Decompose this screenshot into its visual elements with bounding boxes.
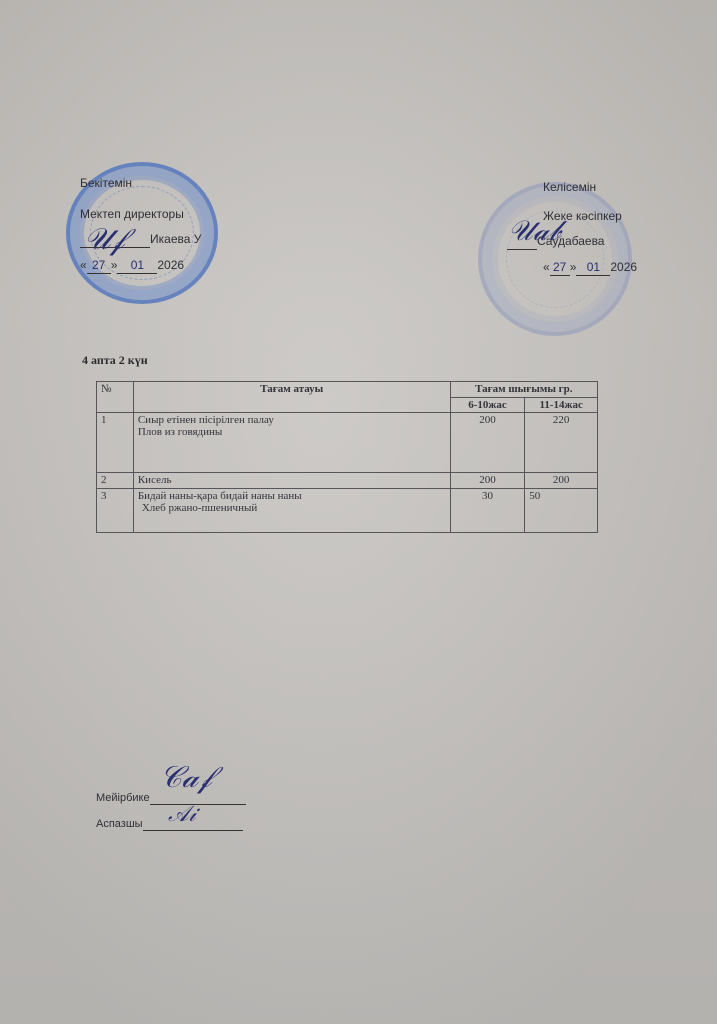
cook-signature: 𝒜𝒾 xyxy=(168,802,196,827)
date-day: 27 xyxy=(550,260,570,276)
day-title: 4 апта 2 күн xyxy=(82,353,148,368)
approval-position: Мектеп директоры xyxy=(80,207,201,222)
header-number: № xyxy=(97,382,134,413)
nurse-label: Мейірбике xyxy=(96,792,150,804)
header-age-11-14: 11-14жас xyxy=(525,398,598,413)
entrepreneur-signature: 𝒰𝒶𝒷 xyxy=(508,214,561,248)
row-number: 2 xyxy=(97,473,134,489)
approval-date: «27»012026 xyxy=(543,260,637,276)
row-dish: Кисель xyxy=(133,473,450,489)
date-month: 01 xyxy=(576,260,610,276)
date-year: 2026 xyxy=(157,258,184,272)
row-yield-11-14: 200 xyxy=(525,473,598,489)
menu-table: № Тағам атауы Тағам шығымы гр. 6-10жас 1… xyxy=(96,381,598,533)
row-dish: Бидай наны-қара бидай наны наныХлеб ржан… xyxy=(133,489,450,533)
header-yield: Тағам шығымы гр. xyxy=(450,382,597,398)
row-yield-6-10: 200 xyxy=(450,473,525,489)
approval-heading: Келісемін xyxy=(543,180,637,195)
row-yield-6-10: 200 xyxy=(450,413,525,473)
director-signature: 𝒰𝒻 xyxy=(84,222,124,257)
header-age-6-10: 6-10жас xyxy=(450,398,525,413)
row-yield-6-10: 30 xyxy=(450,489,525,533)
nurse-signature: 𝒞𝒶𝒻 xyxy=(160,760,212,795)
cook-label: Аспазшы xyxy=(96,818,143,830)
approval-heading: Бекітемін xyxy=(80,176,201,191)
approval-date: «27»012026 xyxy=(80,258,201,274)
row-yield-11-14: 220 xyxy=(525,413,598,473)
table-row: 2 Кисель 200 200 xyxy=(97,473,598,489)
date-year: 2026 xyxy=(610,260,637,274)
table-row: 1 Сиыр етінен пісірілген палауПлов из го… xyxy=(97,413,598,473)
row-number: 3 xyxy=(97,489,134,533)
table-row: 3 Бидай наны-қара бидай наны наныХлеб рж… xyxy=(97,489,598,533)
approver-name: Икаева У xyxy=(150,232,201,246)
row-yield-11-14: 50 xyxy=(525,489,598,533)
date-day: 27 xyxy=(87,258,111,274)
row-dish: Сиыр етінен пісірілген палауПлов из говя… xyxy=(133,413,450,473)
row-number: 1 xyxy=(97,413,134,473)
date-month: 01 xyxy=(117,258,157,274)
header-dish-name: Тағам атауы xyxy=(133,382,450,413)
